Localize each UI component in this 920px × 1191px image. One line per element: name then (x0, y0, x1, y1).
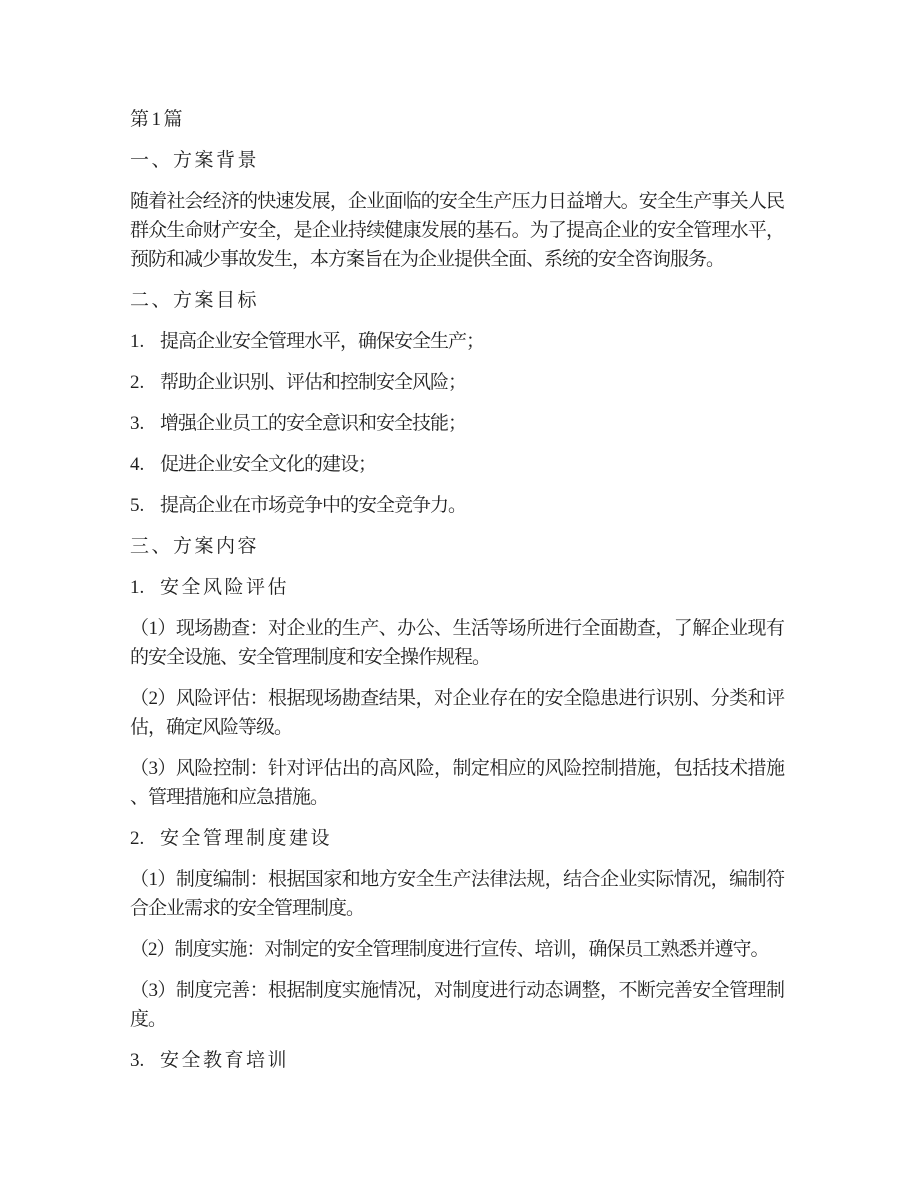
body-paragraph: （3）制度完善：根据制度实施情况，对制度进行动态调整，不断完善安全管理制度。 (130, 976, 784, 1034)
section-heading: 二、方案目标 (130, 286, 784, 315)
paragraph-line: （3）制度完善：根据制度实施情况，对制度进行动态调整，不断完善安全管理制 (130, 976, 784, 1005)
list-number: 5. (130, 491, 160, 520)
body-paragraph: （1）现场勘查：对企业的生产、办公、生活等场所进行全面勘查，了解企业现有的安全设… (130, 614, 784, 672)
list-text: 安全教育培训 (160, 1050, 289, 1071)
list-text: 安全风险评估 (160, 577, 289, 598)
list-number: 2. (130, 824, 160, 853)
objective-list-item: 1.提高企业安全管理水平，确保安全生产； (130, 327, 784, 356)
section-heading: 一、方案背景 (130, 146, 784, 175)
numbered-subheading: 2.安全管理制度建设 (130, 824, 784, 853)
paragraph-line: 合企业需求的安全管理制度。 (130, 894, 784, 923)
objective-list-item: 5.提高企业在市场竞争中的安全竞争力。 (130, 491, 784, 520)
list-number: 4. (130, 450, 160, 479)
document-content: 第1篇一、方案背景随着社会经济的快速发展，企业面临的安全生产压力日益增大。安全生… (130, 105, 784, 1087)
objective-list-item: 3.增强企业员工的安全意识和安全技能； (130, 409, 784, 438)
list-text: 帮助企业识别、评估和控制安全风险； (160, 372, 466, 393)
numbered-subheading: 3.安全教育培训 (130, 1046, 784, 1075)
document-page: { "page": { "background": "#ffffff", "te… (0, 0, 920, 1191)
paragraph-line: 度。 (130, 1005, 784, 1034)
list-number: 3. (130, 409, 160, 438)
list-text: 增强企业员工的安全意识和安全技能； (160, 413, 466, 434)
paragraph-line: 群众生命财产安全，是企业持续健康发展的基石。为了提高企业的安全管理水平， (130, 216, 784, 245)
list-text: 提高企业安全管理水平，确保安全生产； (160, 331, 484, 352)
body-paragraph: （2）风险评估：根据现场勘查结果，对企业存在的安全隐患进行识别、分类和评估，确定… (130, 684, 784, 742)
paragraph-line: 预防和减少事故发生，本方案旨在为企业提供全面、系统的安全咨询服务。 (130, 245, 784, 274)
paragraph-line: （1）制度编制：根据国家和地方安全生产法律法规，结合企业实际情况，编制符 (130, 865, 784, 894)
paragraph-line: （1）现场勘查：对企业的生产、办公、生活等场所进行全面勘查，了解企业现有 (130, 614, 784, 643)
paragraph-line: 估，确定风险等级。 (130, 713, 784, 742)
list-number: 3. (130, 1046, 160, 1075)
objective-list-item: 2.帮助企业识别、评估和控制安全风险； (130, 368, 784, 397)
objective-list-item: 4.促进企业安全文化的建设； (130, 450, 784, 479)
paragraph-line: （2）风险评估：根据现场勘查结果，对企业存在的安全隐患进行识别、分类和评 (130, 684, 784, 713)
body-paragraph: （3）风险控制：针对评估出的高风险，制定相应的风险控制措施，包括技术措施、管理措… (130, 754, 784, 812)
paragraph-line: 、管理措施和应急措施。 (130, 783, 784, 812)
body-paragraph: （2）制度实施：对制定的安全管理制度进行宣传、培训，确保员工熟悉并遵守。 (130, 935, 784, 964)
list-text: 安全管理制度建设 (160, 828, 332, 849)
body-paragraph: （1）制度编制：根据国家和地方安全生产法律法规，结合企业实际情况，编制符合企业需… (130, 865, 784, 923)
numbered-subheading: 1.安全风险评估 (130, 573, 784, 602)
section-heading: 三、方案内容 (130, 532, 784, 561)
list-number: 1. (130, 327, 160, 356)
list-number: 2. (130, 368, 160, 397)
list-text: 提高企业在市场竞争中的安全竞争力。 (160, 495, 466, 516)
list-text: 促进企业安全文化的建设； (160, 454, 376, 475)
body-paragraph: 随着社会经济的快速发展，企业面临的安全生产压力日益增大。安全生产事关人民群众生命… (130, 187, 784, 274)
paragraph-line: 随着社会经济的快速发展，企业面临的安全生产压力日益增大。安全生产事关人民 (130, 187, 784, 216)
paragraph-line: （2）制度实施：对制定的安全管理制度进行宣传、培训，确保员工熟悉并遵守。 (130, 935, 784, 964)
paragraph-line: （3）风险控制：针对评估出的高风险，制定相应的风险控制措施，包括技术措施 (130, 754, 784, 783)
section-heading: 第1篇 (130, 105, 784, 134)
paragraph-line: 的安全设施、安全管理制度和安全操作规程。 (130, 643, 784, 672)
list-number: 1. (130, 573, 160, 602)
